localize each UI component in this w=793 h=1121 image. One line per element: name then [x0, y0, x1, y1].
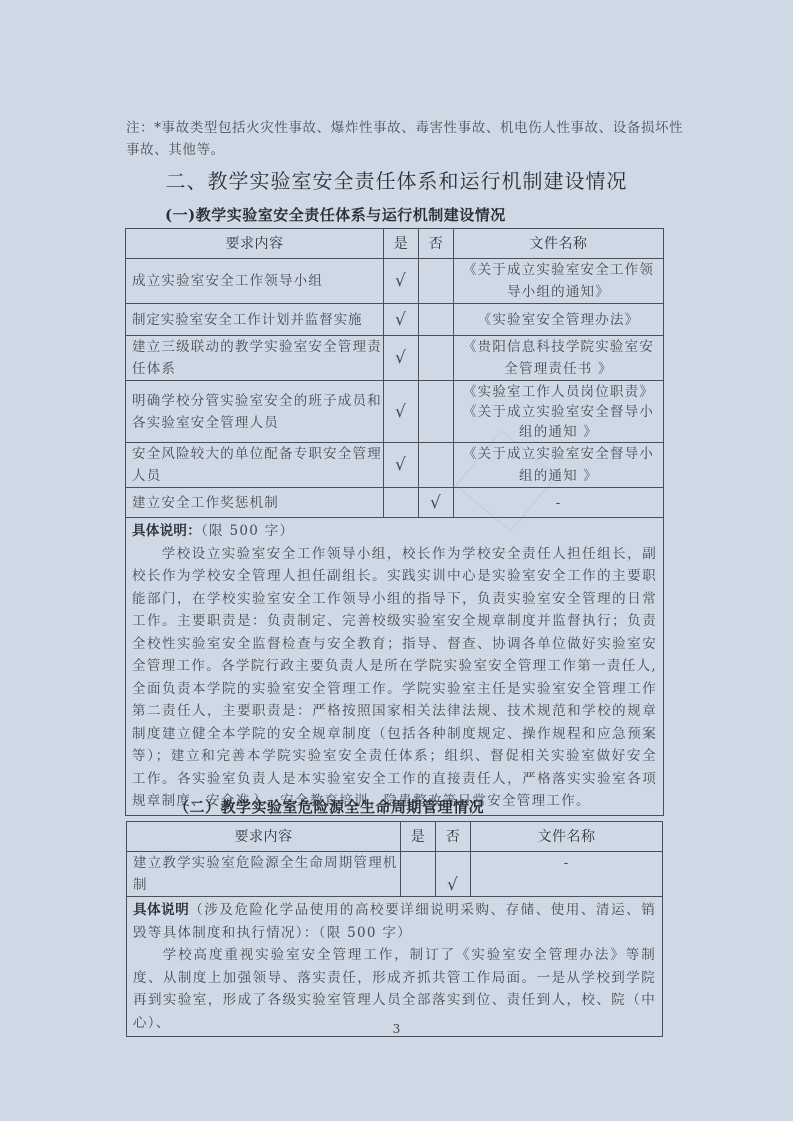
no-check: √	[419, 488, 454, 518]
table-row: 明确学校分管实验室安全的班子成员和各实验室安全管理人员 √ 《实验室工作人员岗位…	[126, 381, 664, 443]
header-document: 文件名称	[454, 229, 664, 259]
hazard-lifecycle-table: 要求内容 是 否 文件名称 建立教学实验室危险源全生命周期管理机制 √ - 具体…	[126, 821, 663, 1037]
requirement-cell: 建立安全工作奖惩机制	[126, 488, 384, 518]
table-row: 建立教学实验室危险源全生命周期管理机制 √ -	[127, 852, 663, 897]
explanation-label: 具体说明	[133, 902, 189, 918]
header-no: 否	[436, 822, 471, 852]
yes-check: √	[384, 336, 419, 381]
table-row: 建立安全工作奖惩机制 √ -	[126, 488, 664, 518]
no-check	[419, 381, 454, 443]
requirement-cell: 建立教学实验室危险源全生命周期管理机制	[127, 852, 401, 897]
yes-check	[401, 852, 436, 897]
no-check	[419, 259, 454, 304]
explanation-cell: 具体说明（涉及危险化学品使用的高校要详细说明采购、存储、使用、清运、销毁等具体制…	[127, 897, 663, 1037]
explanation-row: 具体说明（涉及危险化学品使用的高校要详细说明采购、存储、使用、清运、销毁等具体制…	[127, 897, 663, 1037]
no-check	[419, 304, 454, 336]
explanation-row: 具体说明：（限 500 字） 学校设立实验室安全工作领导小组，校长作为学校安全责…	[126, 518, 664, 816]
header-yes: 是	[401, 822, 436, 852]
footnote: 注：*事故类型包括火灾性事故、爆炸性事故、毒害性事故、机电伤人性事故、设备损坏性…	[126, 117, 686, 161]
table-header-row: 要求内容 是 否 文件名称	[127, 822, 663, 852]
section-title: 二、教学实验室安全责任体系和运行机制建设情况	[0, 165, 793, 194]
explanation-limit: （限 500 字）	[201, 523, 294, 539]
explanation-label: 具体说明：	[132, 523, 201, 539]
document-cell: -	[471, 852, 663, 897]
yes-check: √	[384, 443, 419, 488]
table-row: 成立实验室安全工作领导小组 √ 《关于成立实验室安全工作领导小组的通知》	[126, 259, 664, 304]
table-header-row: 要求内容 是 否 文件名称	[126, 229, 664, 259]
requirement-cell: 明确学校分管实验室安全的班子成员和各实验室安全管理人员	[126, 381, 384, 443]
header-no: 否	[419, 229, 454, 259]
document-cell: 《关于成立实验室安全工作领导小组的通知》	[454, 259, 664, 304]
yes-check: √	[384, 259, 419, 304]
requirement-cell: 安全风险较大的单位配备专职安全管理人员	[126, 443, 384, 488]
responsibility-table: 要求内容 是 否 文件名称 成立实验室安全工作领导小组 √ 《关于成立实验室安全…	[125, 228, 664, 816]
explanation-text: 学校高度重视实验室安全管理工作，制订了《实验室安全管理办法》等制度、从制度上加强…	[133, 944, 656, 1034]
no-check	[419, 336, 454, 381]
document-cell: 《实验室工作人员岗位职责》《关于成立实验室安全督导小组的通知 》	[454, 381, 664, 443]
table1-title: (一)教学实验室安全责任体系与运行机制建设情况	[165, 204, 506, 225]
table-row: 建立三级联动的教学实验室安全管理责任体系 √ 《贵阳信息科技学院实验室安全管理责…	[126, 336, 664, 381]
explanation-cell: 具体说明：（限 500 字） 学校设立实验室安全工作领导小组，校长作为学校安全责…	[126, 518, 664, 816]
document-cell: 《贵阳信息科技学院实验室安全管理责任书 》	[454, 336, 664, 381]
requirement-cell: 建立三级联动的教学实验室安全管理责任体系	[126, 336, 384, 381]
explanation-text: 学校设立实验室安全工作领导小组，校长作为学校安全责任人担任组长，副校长作为学校安…	[132, 543, 657, 813]
yes-check: √	[384, 381, 419, 443]
requirement-cell: 成立实验室安全工作领导小组	[126, 259, 384, 304]
page-number: 3	[0, 1022, 793, 1036]
header-document: 文件名称	[471, 822, 663, 852]
table-row: 安全风险较大的单位配备专职安全管理人员 √ 《关于成立实验室安全督导小组的通知 …	[126, 443, 664, 488]
header-requirement: 要求内容	[127, 822, 401, 852]
yes-check	[384, 488, 419, 518]
header-requirement: 要求内容	[126, 229, 384, 259]
no-check: √	[436, 852, 471, 897]
header-yes: 是	[384, 229, 419, 259]
yes-check: √	[384, 304, 419, 336]
document-cell: 《实验室安全管理办法》	[454, 304, 664, 336]
table-row: 制定实验室安全工作计划并监督实施 √ 《实验室安全管理办法》	[126, 304, 664, 336]
no-check	[419, 443, 454, 488]
requirement-cell: 制定实验室安全工作计划并监督实施	[126, 304, 384, 336]
table2-title: （二）教学实验室危险源全生命周期管理情况	[174, 796, 484, 817]
explanation-hint: （涉及危险化学品使用的高校要详细说明采购、存储、使用、清运、销毁等具体制度和执行…	[133, 902, 656, 941]
